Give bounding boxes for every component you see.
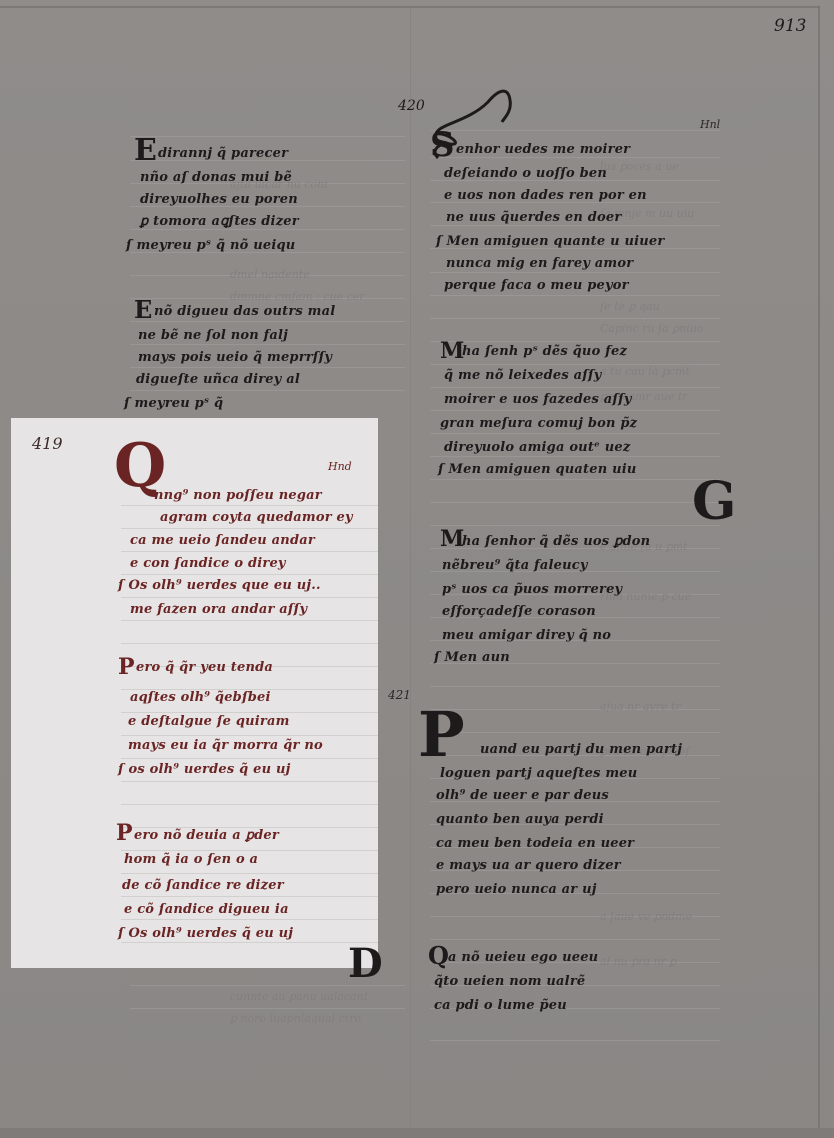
verse-line: ha ſenh pˢ dẽs q̃uo fez bbox=[462, 344, 627, 359]
verse-line: mays eu ia q̃r morra q̃r no bbox=[128, 738, 323, 753]
illuminated-initial: P bbox=[418, 704, 465, 766]
initial-letter: P bbox=[116, 822, 133, 844]
verse-line: ha ſenhor q̃ dẽs uos ꝑdon bbox=[462, 534, 650, 549]
poem-number: 420 bbox=[398, 98, 425, 114]
initial-letter: E bbox=[134, 136, 157, 166]
verse-line: enhor uedes me moirer bbox=[456, 142, 630, 157]
verse-line: agram coyta quedamor ey bbox=[160, 510, 353, 525]
verse-line: direyuolhes eu poren bbox=[140, 192, 298, 207]
verse-line: ſ Men amiguen quante u uiuer bbox=[436, 234, 664, 249]
verse-line: gran meſura comuj bon p̃z bbox=[440, 416, 637, 431]
verse-line: meu amigar direy q̃ no bbox=[442, 628, 611, 643]
verse-line: e deſtalgue ſe quiram bbox=[128, 714, 290, 729]
poem-number: 421 bbox=[388, 688, 411, 702]
page-bottom-edge bbox=[0, 1128, 834, 1138]
verse-line: hom q̃ ia o ſen o a bbox=[124, 852, 258, 867]
manuscript-page: ajta ulcar nu cont dmel naidente dmmne c… bbox=[0, 0, 834, 1138]
verse-line: ero q̃ q̃r yeu tenda bbox=[136, 660, 273, 675]
verse-line: ſ os olh⁹ uerdes q̃ eu uj bbox=[118, 762, 291, 777]
verse-line: loguen partj aqueſtes meu bbox=[440, 766, 637, 781]
verse-line: ſ Men aun bbox=[434, 650, 510, 665]
verse-line: uand eu partj du men partj bbox=[480, 742, 682, 757]
verse-line: mays pois ueio q̃ meprrſſy bbox=[138, 350, 332, 365]
verse-line: nẽbreu⁹ q̃ta faleucy bbox=[442, 558, 588, 573]
initial-letter: Q bbox=[428, 944, 449, 968]
verse-line: deſeiando o uoſſo ben bbox=[444, 166, 607, 181]
verse-line: ca me ueio ſandeu andar bbox=[130, 533, 315, 548]
verse-line: nunca mig en farey amor bbox=[446, 256, 633, 271]
illuminated-initial: Q bbox=[114, 436, 166, 496]
verse-line: me fazen ora andar aſſy bbox=[130, 602, 307, 617]
verse-line: ne uus q̃uerdes en doer bbox=[446, 210, 621, 225]
verse-line: eſforçadeſſe corason bbox=[442, 604, 596, 619]
column-gutter bbox=[410, 8, 411, 1128]
verse-line: moirer e uos fazedes aſſy bbox=[444, 392, 632, 407]
verse-line: q̃ me nõ leixedes aſſy bbox=[444, 368, 602, 383]
verse-line: ꝑ tomora aꝗſtes dizer bbox=[140, 214, 299, 229]
verse-line: ſ Os olh⁹ uerdes que eu uj.. bbox=[118, 578, 321, 593]
verse-line: nño aſ donas mui bẽ bbox=[140, 170, 292, 185]
verse-line: e cõ ſandice digueu ia bbox=[124, 902, 289, 917]
verse-line: e mays ua ar quero dizer bbox=[436, 858, 621, 873]
verse-line: aqſtes olh⁹ q̃ebſbei bbox=[130, 690, 271, 705]
page-right-edge bbox=[818, 6, 820, 1136]
verse-line: de cõ ſandice re dizer bbox=[122, 878, 284, 893]
verse-line: ſ Os olh⁹ uerdes q̃ eu uj bbox=[118, 926, 293, 941]
folio-number: 913 bbox=[774, 16, 806, 36]
verse-line: digueſte uñca direy al bbox=[136, 372, 300, 387]
verse-line: ca meu ben todeia en ueer bbox=[436, 836, 634, 851]
verse-line: q̃to ueien nom ualrẽ bbox=[434, 974, 585, 989]
verse-line: pˢ uos ca p̃uos morrerey bbox=[442, 582, 622, 597]
verse-line: e uos non dades ren por en bbox=[444, 188, 647, 203]
verse-line: dirannj q̃ parecer bbox=[158, 146, 288, 161]
initial-letter: E bbox=[134, 298, 152, 322]
verse-line: ſ Men amiguen quaten uiu bbox=[438, 462, 637, 477]
verse-line: direyuolo amiga outᵉ uez bbox=[444, 440, 630, 455]
verse-line: perque faca o meu peyor bbox=[444, 278, 629, 293]
verse-line: a nõ ueieu ego ueeu bbox=[448, 950, 598, 965]
verse-line: ero nõ deuia a ꝑder bbox=[134, 828, 279, 843]
verse-line: ſ meyreu pˢ q̃ bbox=[124, 396, 223, 411]
initial-letter: M bbox=[440, 340, 464, 362]
poem-number: 419 bbox=[32, 434, 63, 453]
verse-line: olh⁹ de ueer e par deus bbox=[436, 788, 609, 803]
margin-note: Hnd bbox=[328, 460, 352, 473]
verse-line: ca pdi o lume p̃eu bbox=[434, 998, 567, 1013]
verse-line: ſ meyreu pˢ q̃ nõ ueiqu bbox=[126, 238, 295, 253]
margin-note: Hnl bbox=[700, 118, 720, 131]
verse-line: nng⁹ non poſſeu negar bbox=[154, 488, 322, 503]
verse-line: quanto ben auya perdi bbox=[436, 812, 604, 827]
verse-line: ne bẽ ne ſol non falj bbox=[138, 328, 288, 343]
initial-letter: P bbox=[118, 656, 135, 678]
initial-letter: M bbox=[440, 528, 464, 550]
verse-line: e con ſandice o direy bbox=[130, 556, 286, 571]
decorated-initial-g: G bbox=[692, 476, 736, 528]
verse-line: nõ digueu das outrs mal bbox=[154, 304, 335, 319]
illuminated-initial-d: D bbox=[348, 944, 383, 984]
verse-line: pero ueio nunca ar uj bbox=[436, 882, 597, 897]
initial-letter: S bbox=[430, 128, 455, 162]
